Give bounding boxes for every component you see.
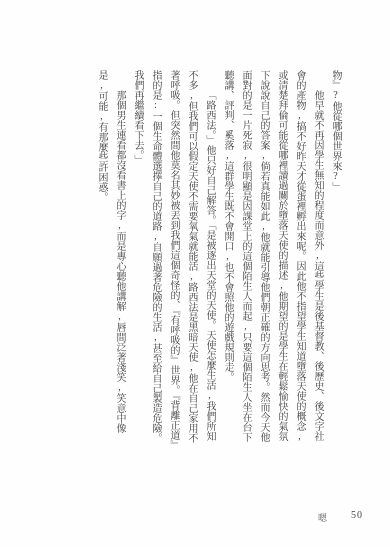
page-footer: 嗯 50 [0, 505, 390, 529]
paragraph-closing: 那個男生連看都沒看書上的字,而是專心聽他講解,唇間泛著淺笑,笑意中像是,可能,有… [92, 70, 128, 450]
running-chapter-label: 嗯 [318, 511, 327, 524]
page-number: 50 [351, 510, 363, 521]
book-page: 物』?他從哪個世界來?」 他早就不再因學生無知的程度而意外,這些學生是後基督教、… [0, 0, 390, 547]
paragraph-narration: 他早就不再因學生無知的程度而意外,這些學生是後基督教、後歷史、後文字社會的產物,… [218, 70, 326, 450]
vertical-text-block: 物』?他從哪個世界來?」 他早就不再因學生無知的程度而意外,這些學生是後基督教、… [92, 70, 344, 450]
paragraph-continuation: 物』?他從哪個世界來?」 [326, 70, 344, 450]
paragraph-dialogue: 「路西法。」他只好自己解答。「是被逐出天堂的天使。天使怎麼生活,我們所知不多,但… [128, 70, 218, 450]
